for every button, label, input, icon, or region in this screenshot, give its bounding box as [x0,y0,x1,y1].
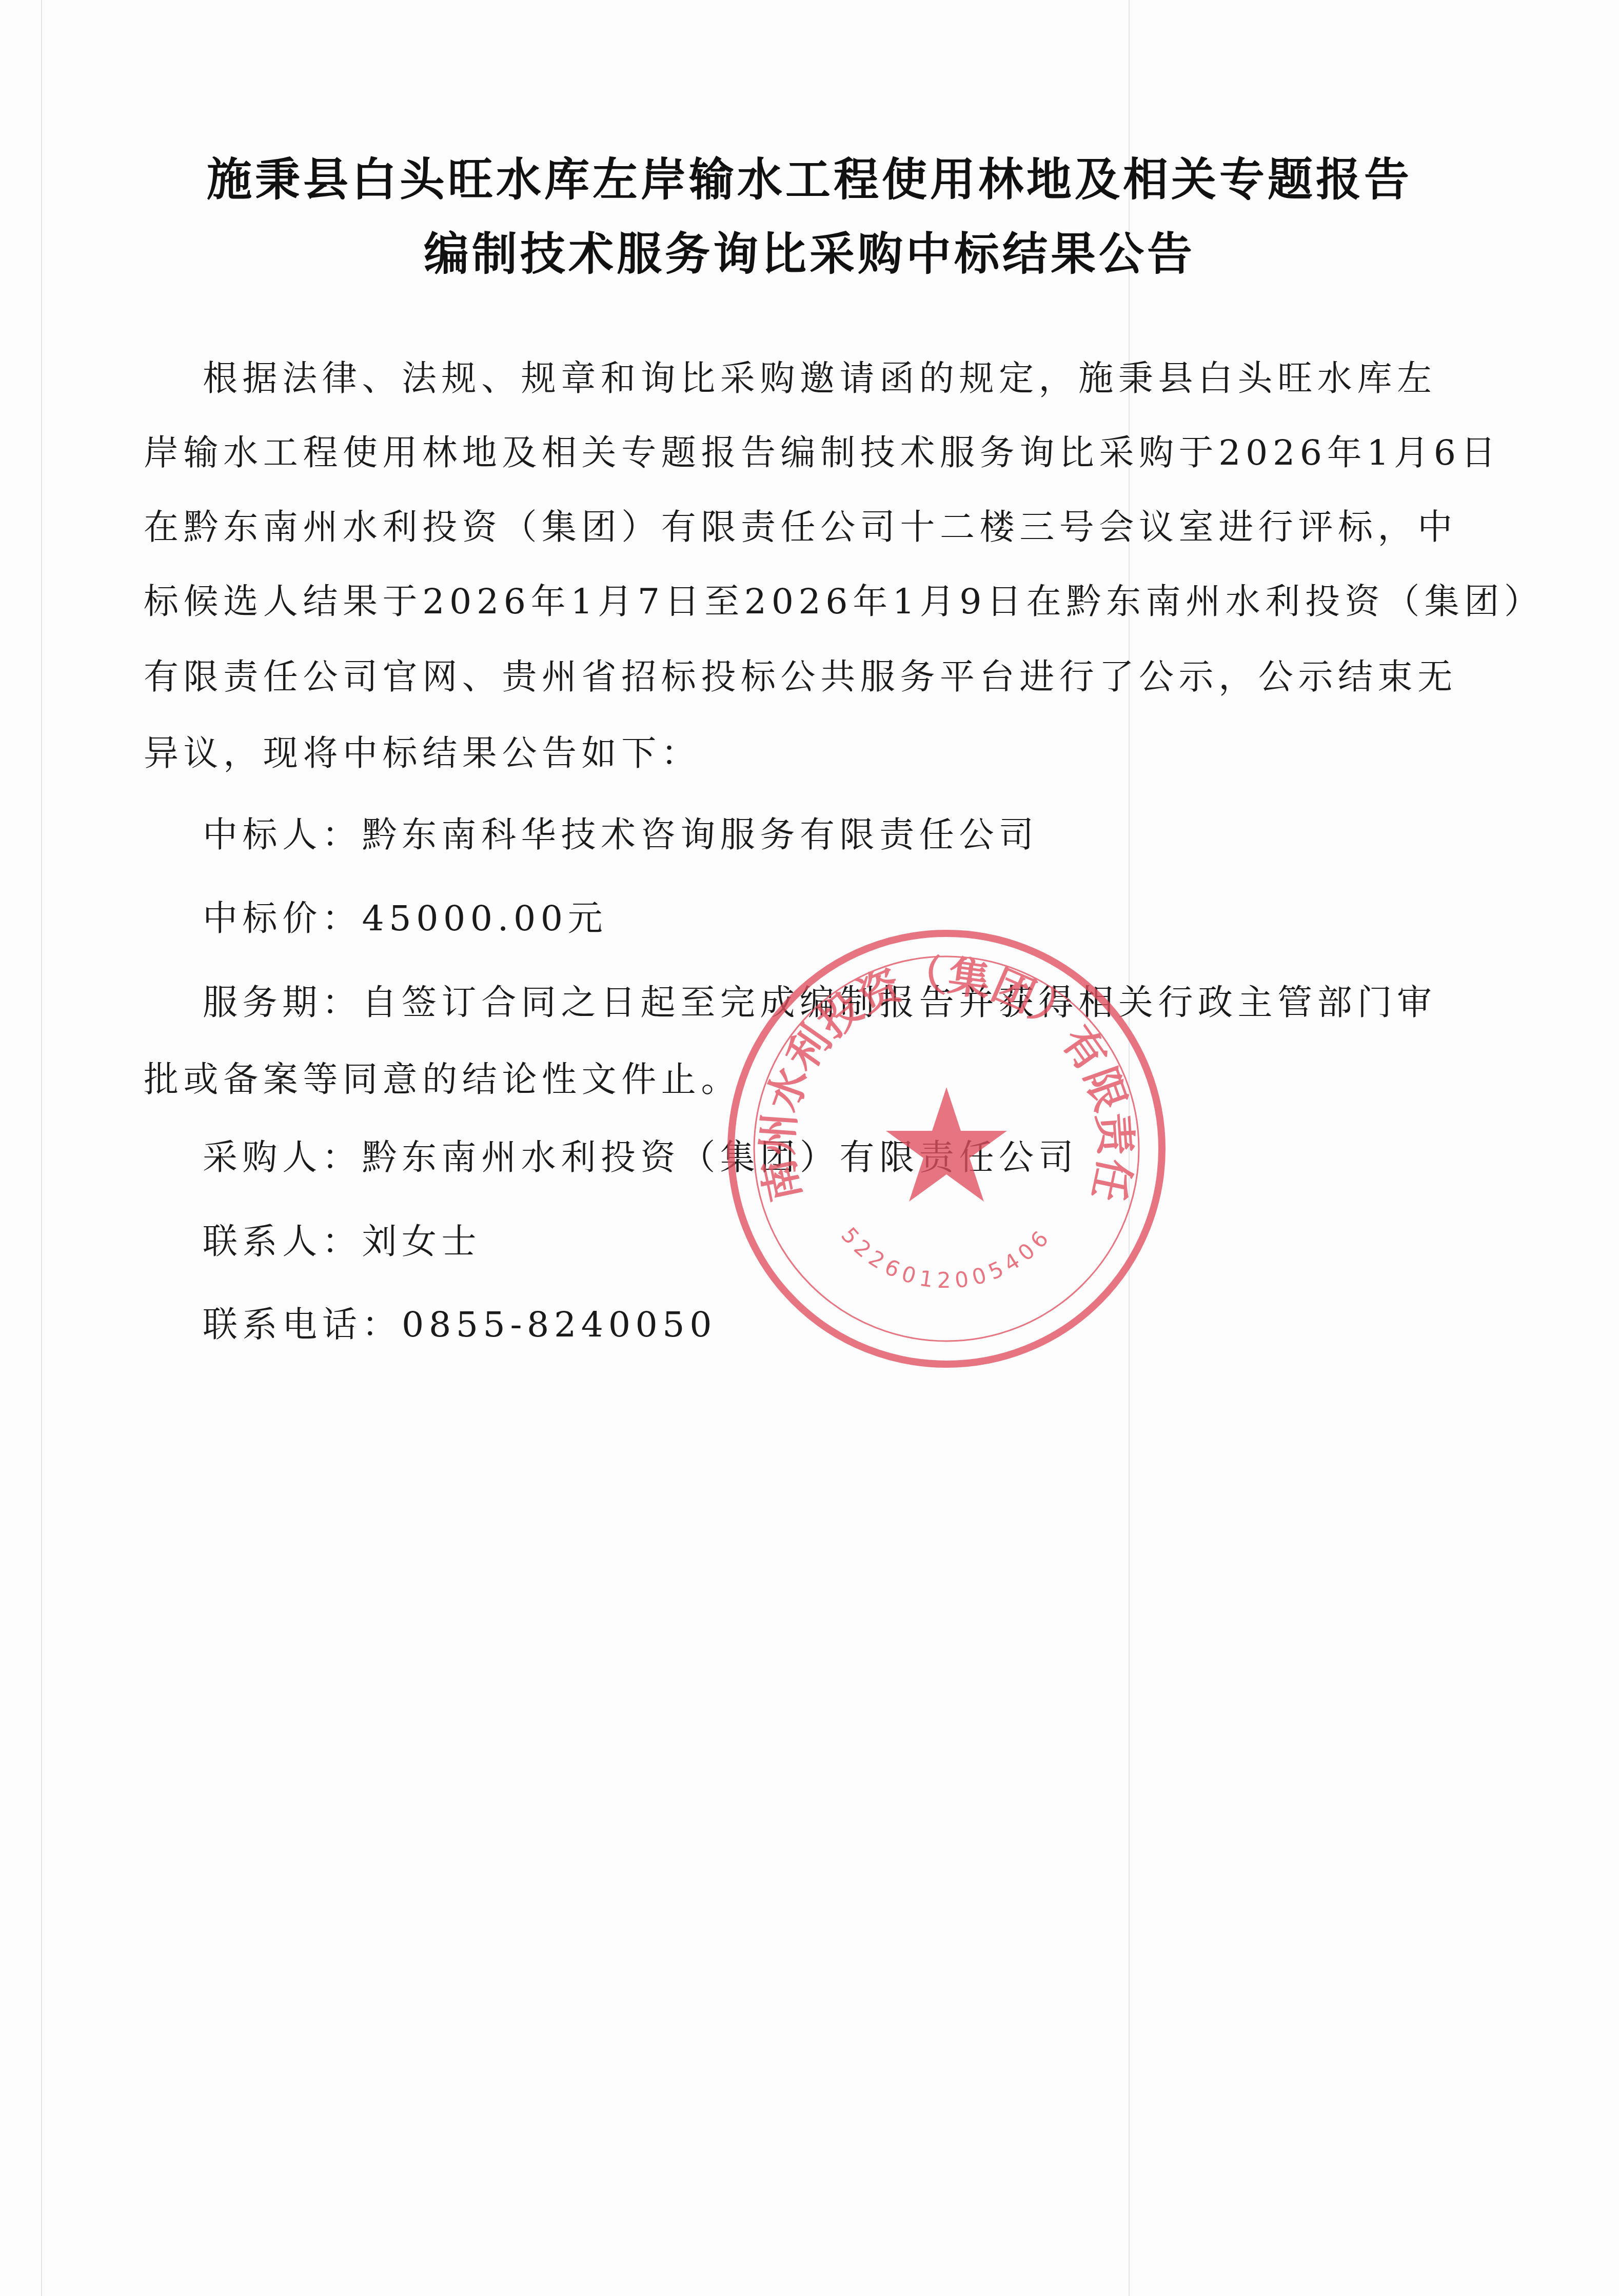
scan-artifact-line [41,0,42,2296]
field-value: 黔东南科华技术咨询服务有限责任公司 [362,815,1038,855]
document-title-line1: 施秉县白头旺水库左岸输水工程使用林地及相关专题报告 [0,156,1619,202]
field-label: 联系电话： [203,1305,402,1345]
field-label: 中标人： [203,815,362,855]
field-label: 中标价： [203,899,362,939]
document-page: 施秉县白头旺水库左岸输水工程使用林地及相关专题报告 编制技术服务询比采购中标结果… [0,0,1619,2296]
field-purchaser: 采购人：黔东南州水利投资（集团）有限责任公司 [203,1141,1078,1175]
body-line: 岸输水工程使用林地及相关专题报告编制技术服务询比采购于2026年1月6日 [144,436,1500,471]
field-value: 黔东南州水利投资（集团）有限责任公司 [362,1137,1078,1178]
field-value: 刘女士 [362,1222,481,1262]
field-value: 0855-8240050 [402,1305,717,1345]
body-line: 有限责任公司官网、贵州省招标投标公共服务平台进行了公示，公示结束无 [144,660,1457,695]
field-phone: 联系电话：0855-8240050 [203,1308,717,1343]
field-label: 服务期： [203,983,362,1023]
field-label: 采购人： [203,1137,362,1178]
field-contact: 联系人：刘女士 [203,1225,481,1260]
field-value: 自签订合同之日起至完成编制报告并获得相关行政主管部门审 [362,983,1436,1023]
field-label: 联系人： [203,1222,362,1262]
field-value: 45000.00元 [362,899,607,939]
body-line: 根据法律、法规、规章和询比采购邀请函的规定，施秉县白头旺水库左 [203,362,1437,396]
body-line: 在黔东南州水利投资（集团）有限责任公司十二楼三号会议室进行评标，中 [144,510,1457,545]
field-winner: 中标人：黔东南科华技术咨询服务有限责任公司 [203,818,1039,853]
field-service-period: 服务期：自签订合同之日起至完成编制报告并获得相关行政主管部门审 [203,986,1437,1021]
body-line: 标候选人结果于2026年1月7日至2026年1月9日在黔东南州水利投资（集团） [144,585,1544,620]
field-service-period-continued: 批或备案等同意的结论性文件止。 [144,1063,741,1097]
seal-code-text: 5226012005406 [836,1223,1057,1293]
scan-artifact-line [1129,0,1130,2296]
document-title-line2: 编制技术服务询比采购中标结果公告 [0,231,1619,276]
field-price: 中标价：45000.00元 [203,902,607,936]
body-line: 异议，现将中标结果公告如下： [144,736,701,771]
